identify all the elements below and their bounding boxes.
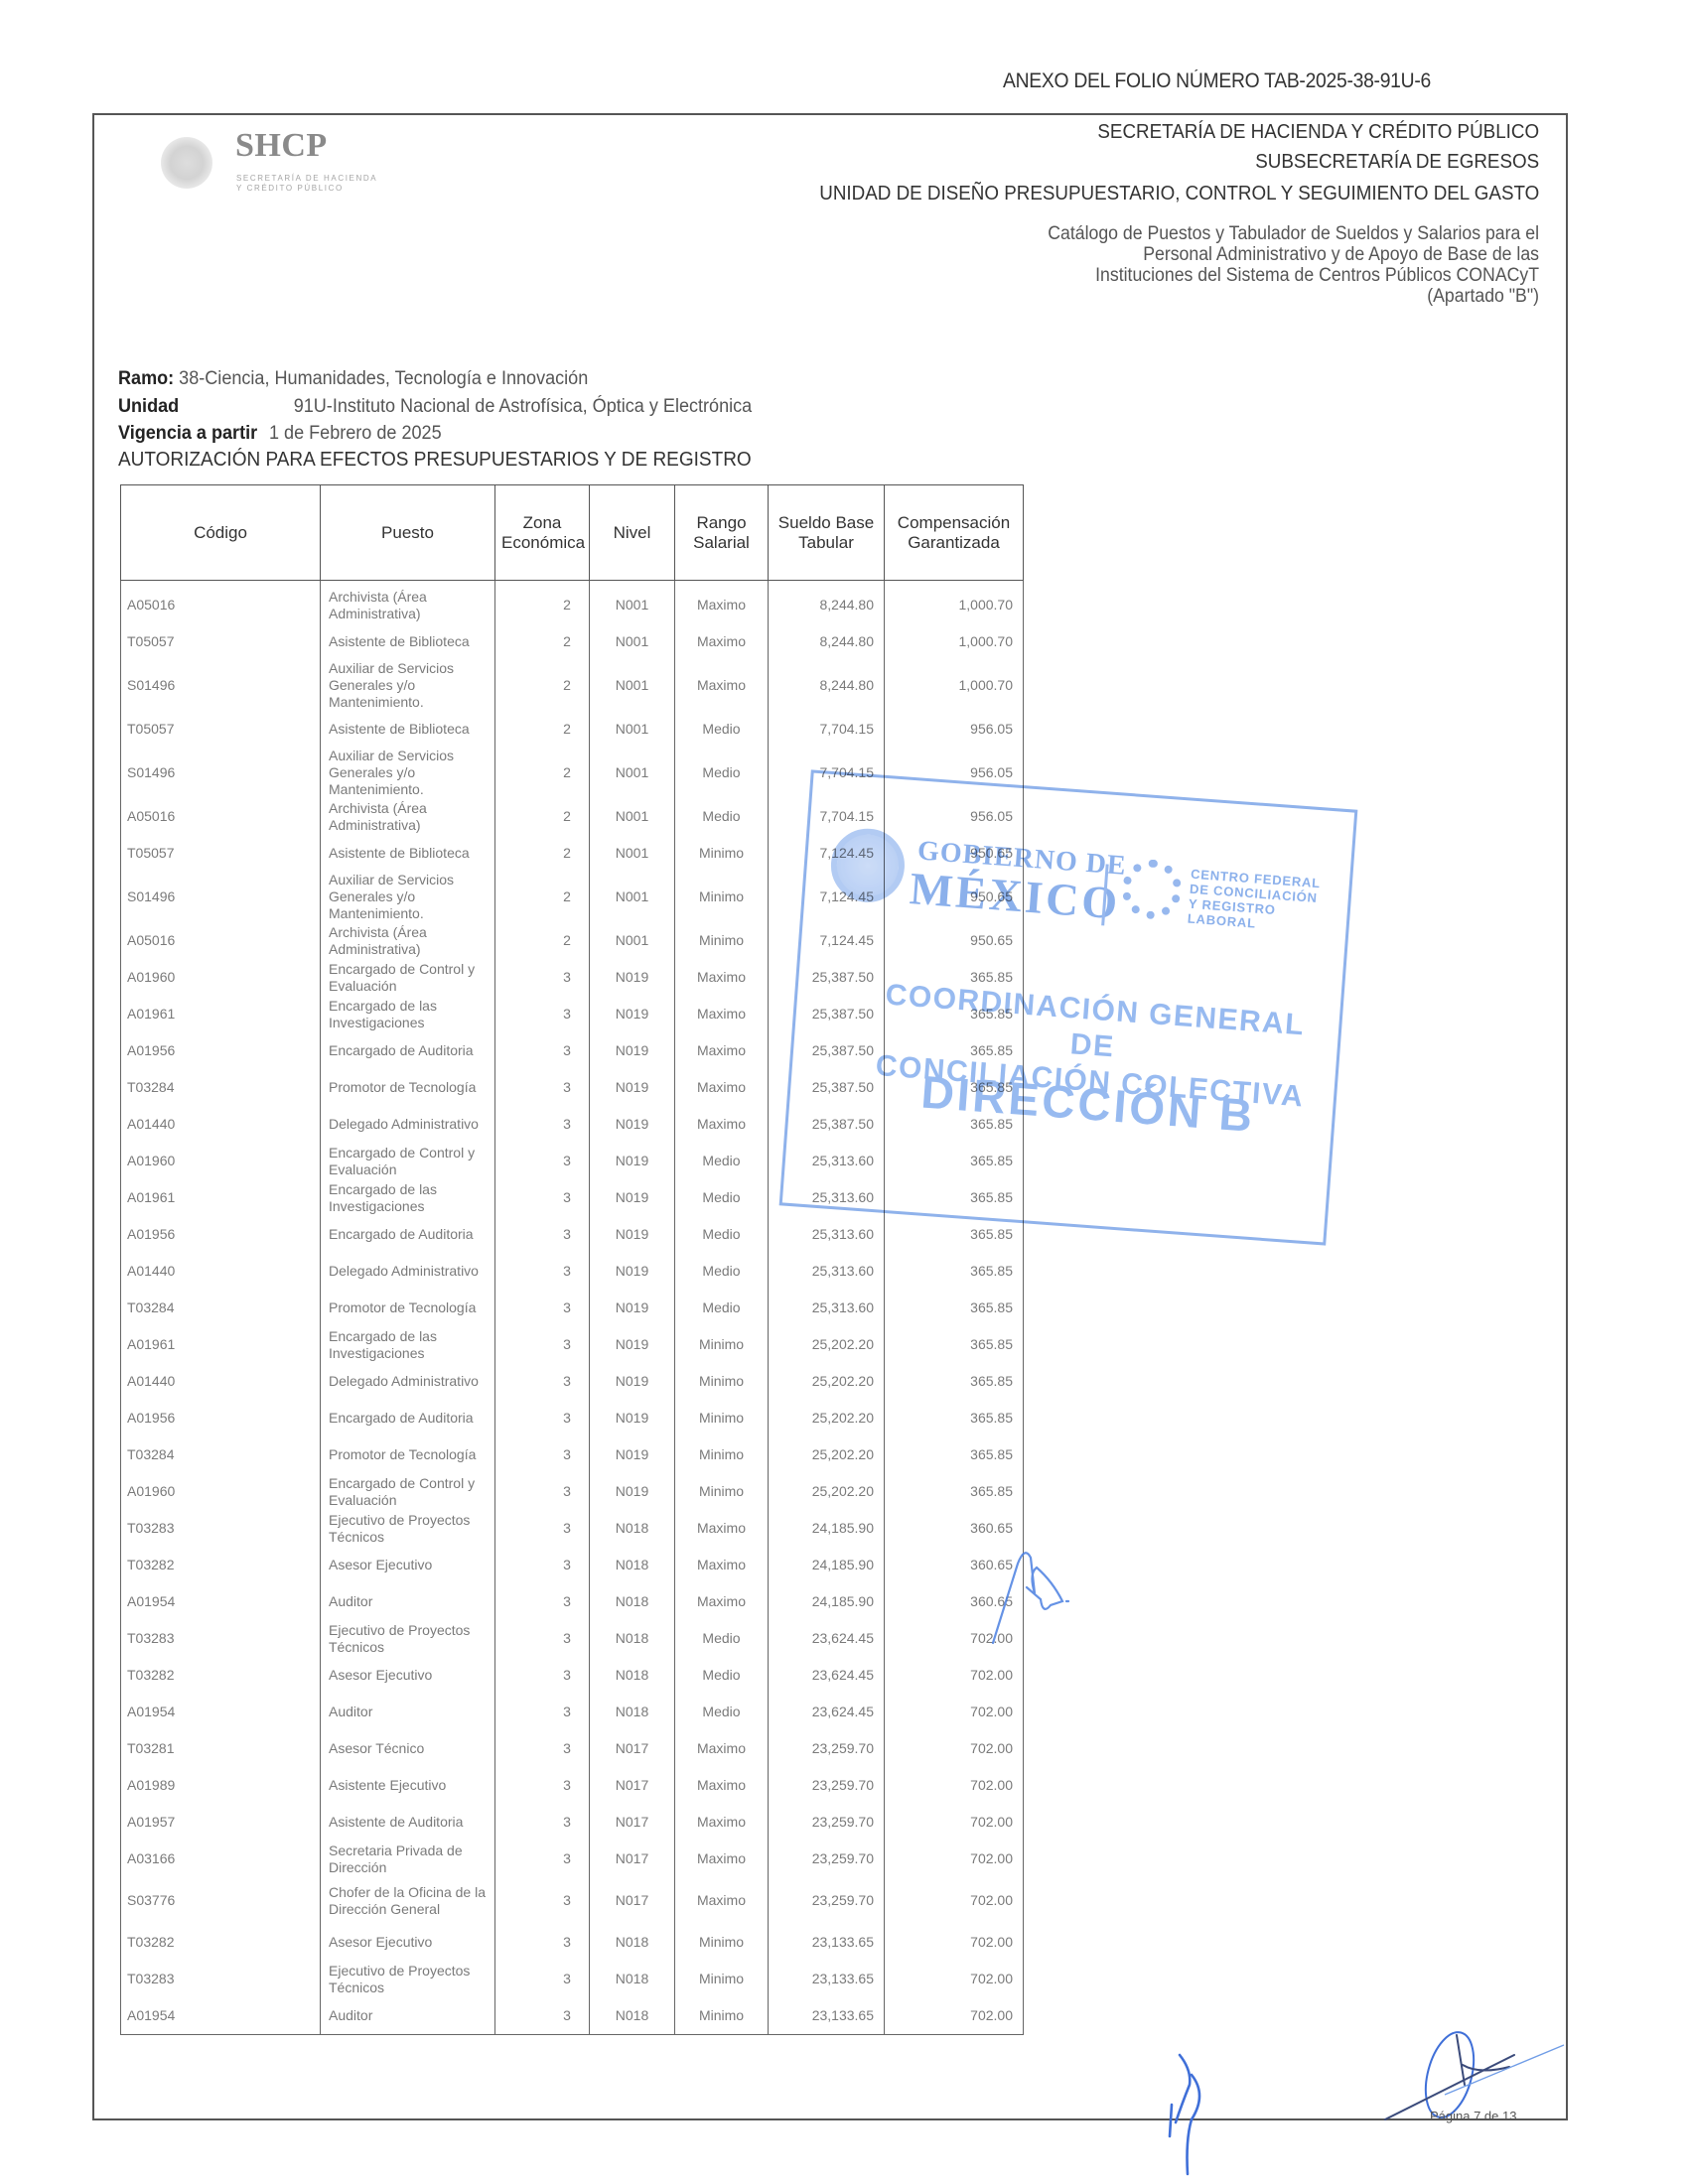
cell-codigo: A01961 bbox=[121, 996, 321, 1032]
folio-annex-number: ANEXO DEL FOLIO NÚMERO TAB-2025-38-91U-6 bbox=[1003, 69, 1431, 93]
cell-puesto: Encargado de las Investigaciones bbox=[321, 1179, 495, 1216]
unidad-label: Unidad bbox=[118, 396, 179, 417]
cell-zona: 3 bbox=[495, 1694, 590, 1730]
cell-rango: Minimo bbox=[675, 1436, 769, 1473]
cell-nivel: N001 bbox=[590, 835, 675, 872]
shcp-logo: SHCP SECRETARÍA DE HACIENDA Y CRÉDITO PÚ… bbox=[134, 127, 392, 206]
cell-compensacion: 365.85 bbox=[885, 1253, 1024, 1290]
cell-rango: Minimo bbox=[675, 835, 769, 872]
cell-zona: 3 bbox=[495, 1253, 590, 1290]
header-subsecretaria: SUBSECRETARÍA DE EGRESOS bbox=[1255, 151, 1539, 174]
catalog-line: (Apartado "B") bbox=[1048, 286, 1539, 307]
cell-zona: 2 bbox=[495, 623, 590, 660]
cell-codigo: A01960 bbox=[121, 1473, 321, 1510]
cell-codigo: A01956 bbox=[121, 1216, 321, 1253]
cell-compensacion: 702.00 bbox=[885, 1804, 1024, 1841]
table-row: T03281Asesor Técnico3N017Maximo23,259.70… bbox=[121, 1730, 1024, 1767]
mexico-coat-of-arms-icon bbox=[161, 137, 212, 189]
cell-codigo: T03284 bbox=[121, 1436, 321, 1473]
cell-zona: 3 bbox=[495, 1143, 590, 1179]
cell-rango: Minimo bbox=[675, 1363, 769, 1400]
cell-sueldo: 23,259.70 bbox=[769, 1730, 885, 1767]
cell-zona: 3 bbox=[495, 1547, 590, 1583]
cell-codigo: T05057 bbox=[121, 623, 321, 660]
initials-signature-icon bbox=[1162, 2045, 1221, 2184]
cell-codigo: A01989 bbox=[121, 1767, 321, 1804]
cell-zona: 3 bbox=[495, 1400, 590, 1436]
cell-codigo: T03283 bbox=[121, 1961, 321, 1997]
cell-codigo: S01496 bbox=[121, 872, 321, 922]
cell-zona: 2 bbox=[495, 835, 590, 872]
table-row: A03166Secretaria Privada de Dirección3N0… bbox=[121, 1841, 1024, 1877]
cell-codigo: A01957 bbox=[121, 1804, 321, 1841]
cell-rango: Maximo bbox=[675, 1841, 769, 1877]
logo-subtitle-line2: Y CRÉDITO PÚBLICO bbox=[236, 184, 344, 193]
cell-sueldo: 25,313.60 bbox=[769, 1216, 885, 1253]
cell-rango: Maximo bbox=[675, 623, 769, 660]
cell-nivel: N017 bbox=[590, 1877, 675, 1924]
cell-puesto: Asistente de Biblioteca bbox=[321, 623, 495, 660]
cfcrl-emblem-icon bbox=[1120, 858, 1184, 921]
cell-compensacion: 365.85 bbox=[885, 1363, 1024, 1400]
cell-nivel: N001 bbox=[590, 623, 675, 660]
ramo-value: 38-Ciencia, Humanidades, Tecnología e In… bbox=[179, 368, 588, 389]
catalog-line: Instituciones del Sistema de Centros Púb… bbox=[1048, 265, 1539, 286]
cell-zona: 3 bbox=[495, 1877, 590, 1924]
cell-puesto: Encargado de Auditoria bbox=[321, 1216, 495, 1253]
cell-sueldo: 25,202.20 bbox=[769, 1436, 885, 1473]
table-row: A01989Asistente Ejecutivo3N017Maximo23,2… bbox=[121, 1767, 1024, 1804]
cell-codigo: T03283 bbox=[121, 1510, 321, 1547]
cell-puesto: Encargado de Control y Evaluación bbox=[321, 1473, 495, 1510]
cell-nivel: N018 bbox=[590, 1510, 675, 1547]
cell-puesto: Asistente de Biblioteca bbox=[321, 835, 495, 872]
cell-nivel: N018 bbox=[590, 1961, 675, 1997]
col-codigo: Código bbox=[121, 485, 321, 581]
cell-rango: Maximo bbox=[675, 1069, 769, 1106]
cell-puesto: Encargado de Auditoria bbox=[321, 1032, 495, 1069]
cell-compensacion: 702.00 bbox=[885, 1961, 1024, 1997]
catalog-line: Personal Administrativo y de Apoyo de Ba… bbox=[1048, 244, 1539, 265]
cell-compensacion: 365.85 bbox=[885, 1326, 1024, 1363]
cell-sueldo: 23,259.70 bbox=[769, 1804, 885, 1841]
col-compensacion-label: Compensación Garantizada bbox=[898, 513, 1010, 552]
unidad-row: Unidad 91U-Instituto Nacional de Astrofí… bbox=[118, 396, 179, 418]
cell-zona: 2 bbox=[495, 660, 590, 711]
cell-nivel: N019 bbox=[590, 959, 675, 996]
cell-codigo: T03281 bbox=[121, 1730, 321, 1767]
cell-sueldo: 23,259.70 bbox=[769, 1841, 885, 1877]
unidad-value: 91U-Instituto Nacional de Astrofísica, Ó… bbox=[294, 396, 752, 418]
cell-rango: Maximo bbox=[675, 1583, 769, 1620]
cell-sueldo: 25,202.20 bbox=[769, 1400, 885, 1436]
cell-codigo: A01954 bbox=[121, 1694, 321, 1730]
table-row: T03283Ejecutivo de Proyectos Técnicos3N0… bbox=[121, 1620, 1024, 1657]
cell-rango: Medio bbox=[675, 1694, 769, 1730]
cell-sueldo: 25,202.20 bbox=[769, 1326, 885, 1363]
cell-zona: 3 bbox=[495, 1620, 590, 1657]
cell-nivel: N019 bbox=[590, 1473, 675, 1510]
cell-zona: 2 bbox=[495, 872, 590, 922]
cell-puesto: Auxiliar de Servicios Generales y/o Mant… bbox=[321, 660, 495, 711]
cell-codigo: A03166 bbox=[121, 1841, 321, 1877]
ramo-row: Ramo: 38-Ciencia, Humanidades, Tecnologí… bbox=[118, 368, 588, 390]
col-sueldo: Sueldo Base Tabular bbox=[769, 485, 885, 581]
cell-rango: Medio bbox=[675, 1216, 769, 1253]
catalog-line: Catálogo de Puestos y Tabulador de Sueld… bbox=[1048, 223, 1539, 244]
cell-puesto: Ejecutivo de Proyectos Técnicos bbox=[321, 1961, 495, 1997]
cell-compensacion: 702.00 bbox=[885, 1767, 1024, 1804]
cell-nivel: N019 bbox=[590, 1400, 675, 1436]
cell-rango: Maximo bbox=[675, 1804, 769, 1841]
cell-zona: 3 bbox=[495, 1583, 590, 1620]
cell-zona: 3 bbox=[495, 1767, 590, 1804]
cell-codigo: T03282 bbox=[121, 1547, 321, 1583]
col-zona-label: Zona Económica bbox=[501, 513, 585, 552]
cell-codigo: A01960 bbox=[121, 959, 321, 996]
cell-rango: Maximo bbox=[675, 660, 769, 711]
cell-puesto: Asistente de Biblioteca bbox=[321, 711, 495, 748]
cell-zona: 3 bbox=[495, 1924, 590, 1961]
cell-codigo: S01496 bbox=[121, 660, 321, 711]
cell-zona: 2 bbox=[495, 798, 590, 835]
official-stamp: GOBIERNO DE MÉXICO CENTRO FEDERAL DE CON… bbox=[779, 769, 1358, 1245]
cell-puesto: Ejecutivo de Proyectos Técnicos bbox=[321, 1510, 495, 1547]
cell-puesto: Auxiliar de Servicios Generales y/o Mant… bbox=[321, 748, 495, 798]
cell-sueldo: 23,624.45 bbox=[769, 1694, 885, 1730]
cell-rango: Minimo bbox=[675, 1924, 769, 1961]
table-row: T03283Ejecutivo de Proyectos Técnicos3N0… bbox=[121, 1961, 1024, 1997]
cell-nivel: N019 bbox=[590, 1106, 675, 1143]
cell-rango: Maximo bbox=[675, 1032, 769, 1069]
col-zona: Zona Económica bbox=[495, 485, 590, 581]
cell-sueldo: 25,313.60 bbox=[769, 1290, 885, 1326]
mexico-coat-of-arms-icon bbox=[828, 826, 907, 904]
cell-sueldo: 8,244.80 bbox=[769, 581, 885, 624]
cell-rango: Medio bbox=[675, 798, 769, 835]
table-row: T03284Promotor de Tecnología3N019Minimo2… bbox=[121, 1436, 1024, 1473]
cell-compensacion: 702.00 bbox=[885, 1694, 1024, 1730]
cell-rango: Medio bbox=[675, 1657, 769, 1694]
cell-puesto: Secretaria Privada de Dirección bbox=[321, 1841, 495, 1877]
cell-sueldo: 8,244.80 bbox=[769, 623, 885, 660]
cell-nivel: N019 bbox=[590, 1326, 675, 1363]
cell-codigo: A01440 bbox=[121, 1363, 321, 1400]
cell-zona: 3 bbox=[495, 1106, 590, 1143]
cell-puesto: Delegado Administrativo bbox=[321, 1106, 495, 1143]
salary-table: Código Puesto Zona Económica Nivel Rango… bbox=[120, 484, 1024, 2035]
cell-puesto: Archivista (Área Administrativa) bbox=[321, 922, 495, 959]
table-row: T03282Asesor Ejecutivo3N018Minimo23,133.… bbox=[121, 1924, 1024, 1961]
cell-rango: Medio bbox=[675, 1253, 769, 1290]
stamp-centro-federal: CENTRO FEDERAL DE CONCILIACIÓN Y REGISTR… bbox=[1187, 867, 1349, 938]
table-row: A01440Delegado Administrativo3N019Minimo… bbox=[121, 1363, 1024, 1400]
cell-zona: 3 bbox=[495, 1804, 590, 1841]
cell-codigo: A01440 bbox=[121, 1253, 321, 1290]
cell-nivel: N019 bbox=[590, 1069, 675, 1106]
cell-nivel: N019 bbox=[590, 1290, 675, 1326]
cell-compensacion: 1,000.70 bbox=[885, 581, 1024, 624]
cell-rango: Minimo bbox=[675, 1400, 769, 1436]
cell-sueldo: 7,704.15 bbox=[769, 711, 885, 748]
cell-rango: Minimo bbox=[675, 872, 769, 922]
cell-compensacion: 702.00 bbox=[885, 1924, 1024, 1961]
cell-sueldo: 23,133.65 bbox=[769, 1924, 885, 1961]
cell-zona: 3 bbox=[495, 1657, 590, 1694]
cell-sueldo: 24,185.90 bbox=[769, 1547, 885, 1583]
cell-codigo: S03776 bbox=[121, 1877, 321, 1924]
table-row: A05016Archivista (Área Administrativa)2N… bbox=[121, 581, 1024, 624]
cell-compensacion: 365.85 bbox=[885, 1473, 1024, 1510]
cell-puesto: Asesor Técnico bbox=[321, 1730, 495, 1767]
cell-puesto: Auxiliar de Servicios Generales y/o Mant… bbox=[321, 872, 495, 922]
cell-compensacion: 1,000.70 bbox=[885, 660, 1024, 711]
table-row: A01957Asistente de Auditoria3N017Maximo2… bbox=[121, 1804, 1024, 1841]
cell-codigo: T03282 bbox=[121, 1657, 321, 1694]
cell-codigo: A01440 bbox=[121, 1106, 321, 1143]
cell-codigo: A01956 bbox=[121, 1032, 321, 1069]
cell-compensacion: 702.00 bbox=[885, 1997, 1024, 2035]
cell-codigo: A01961 bbox=[121, 1179, 321, 1216]
cell-codigo: A05016 bbox=[121, 922, 321, 959]
header-unidad: UNIDAD DE DISEÑO PRESUPUESTARIO, CONTROL… bbox=[819, 183, 1539, 205]
table-row: S03776Chofer de la Oficina de la Direcci… bbox=[121, 1877, 1024, 1924]
cell-codigo: A01956 bbox=[121, 1400, 321, 1436]
cell-zona: 3 bbox=[495, 1961, 590, 1997]
cell-sueldo: 25,202.20 bbox=[769, 1363, 885, 1400]
cell-compensacion: 365.85 bbox=[885, 1400, 1024, 1436]
cell-rango: Minimo bbox=[675, 1326, 769, 1363]
col-sueldo-label: Sueldo Base Tabular bbox=[778, 513, 874, 552]
cell-sueldo: 25,313.60 bbox=[769, 1253, 885, 1290]
cell-rango: Maximo bbox=[675, 1510, 769, 1547]
table-row: A01956Encargado de Auditoria3N019Medio25… bbox=[121, 1216, 1024, 1253]
cell-rango: Medio bbox=[675, 748, 769, 798]
cell-nivel: N017 bbox=[590, 1841, 675, 1877]
cell-puesto: Delegado Administrativo bbox=[321, 1253, 495, 1290]
cell-nivel: N018 bbox=[590, 1997, 675, 2035]
cell-compensacion: 702.00 bbox=[885, 1841, 1024, 1877]
cell-puesto: Ejecutivo de Proyectos Técnicos bbox=[321, 1620, 495, 1657]
cell-sueldo: 23,259.70 bbox=[769, 1877, 885, 1924]
cell-compensacion: 360.65 bbox=[885, 1510, 1024, 1547]
cell-nivel: N019 bbox=[590, 1216, 675, 1253]
page-number: Página 7 de 13 bbox=[1430, 2109, 1516, 2123]
cell-nivel: N018 bbox=[590, 1620, 675, 1657]
cell-puesto: Archivista (Área Administrativa) bbox=[321, 798, 495, 835]
cell-zona: 3 bbox=[495, 1363, 590, 1400]
cell-sueldo: 23,259.70 bbox=[769, 1767, 885, 1804]
cell-nivel: N019 bbox=[590, 1179, 675, 1216]
logo-subtitle-line1: SECRETARÍA DE HACIENDA bbox=[236, 174, 377, 183]
col-compensacion: Compensación Garantizada bbox=[885, 485, 1024, 581]
cell-nivel: N019 bbox=[590, 1363, 675, 1400]
cell-rango: Medio bbox=[675, 1143, 769, 1179]
cell-zona: 3 bbox=[495, 1290, 590, 1326]
cell-sueldo: 23,624.45 bbox=[769, 1657, 885, 1694]
cell-rango: Maximo bbox=[675, 1547, 769, 1583]
cell-zona: 3 bbox=[495, 1997, 590, 2035]
cell-nivel: N001 bbox=[590, 660, 675, 711]
cell-sueldo: 24,185.90 bbox=[769, 1583, 885, 1620]
vigencia-value: 1 de Febrero de 2025 bbox=[269, 423, 442, 445]
cell-sueldo: 8,244.80 bbox=[769, 660, 885, 711]
cell-nivel: N001 bbox=[590, 922, 675, 959]
cell-zona: 2 bbox=[495, 748, 590, 798]
cell-puesto: Asesor Ejecutivo bbox=[321, 1547, 495, 1583]
table-row: A01954Auditor3N018Minimo23,133.65702.00 bbox=[121, 1997, 1024, 2035]
table-row: T03282Asesor Ejecutivo3N018Maximo24,185.… bbox=[121, 1547, 1024, 1583]
cell-rango: Maximo bbox=[675, 1730, 769, 1767]
cell-codigo: T03282 bbox=[121, 1924, 321, 1961]
cell-nivel: N001 bbox=[590, 581, 675, 624]
cell-zona: 3 bbox=[495, 1473, 590, 1510]
cell-codigo: T03284 bbox=[121, 1069, 321, 1106]
cell-rango: Minimo bbox=[675, 1997, 769, 2035]
cell-puesto: Encargado de las Investigaciones bbox=[321, 1326, 495, 1363]
cell-nivel: N001 bbox=[590, 798, 675, 835]
cell-rango: Minimo bbox=[675, 1961, 769, 1997]
cell-rango: Minimo bbox=[675, 922, 769, 959]
cell-rango: Medio bbox=[675, 711, 769, 748]
cell-puesto: Asistente Ejecutivo bbox=[321, 1767, 495, 1804]
cell-codigo: A01960 bbox=[121, 1143, 321, 1179]
cell-nivel: N019 bbox=[590, 1436, 675, 1473]
cell-puesto: Auditor bbox=[321, 1997, 495, 2035]
cell-nivel: N019 bbox=[590, 1143, 675, 1179]
cell-puesto: Promotor de Tecnología bbox=[321, 1436, 495, 1473]
cell-rango: Medio bbox=[675, 1620, 769, 1657]
col-nivel: Nivel bbox=[590, 485, 675, 581]
cell-codigo: A05016 bbox=[121, 581, 321, 624]
cell-codigo: S01496 bbox=[121, 748, 321, 798]
table-row: S01496Auxiliar de Servicios Generales y/… bbox=[121, 660, 1024, 711]
cell-compensacion: 702.00 bbox=[885, 1877, 1024, 1924]
cell-zona: 3 bbox=[495, 1216, 590, 1253]
cell-puesto: Delegado Administrativo bbox=[321, 1363, 495, 1400]
table-row: A01954Auditor3N018Maximo24,185.90360.65 bbox=[121, 1583, 1024, 1620]
header-secretaria: SECRETARÍA DE HACIENDA Y CRÉDITO PÚBLICO bbox=[1097, 121, 1539, 144]
cell-nivel: N018 bbox=[590, 1924, 675, 1961]
cell-puesto: Encargado de Control y Evaluación bbox=[321, 959, 495, 996]
col-puesto: Puesto bbox=[321, 485, 495, 581]
cell-compensacion: 702.00 bbox=[885, 1657, 1024, 1694]
cell-codigo: A05016 bbox=[121, 798, 321, 835]
table-row: T03284Promotor de Tecnología3N019Medio25… bbox=[121, 1290, 1024, 1326]
vigencia-row: Vigencia a partir 1 de Febrero de 2025 bbox=[118, 423, 257, 445]
cell-zona: 3 bbox=[495, 1436, 590, 1473]
cell-sueldo: 23,133.65 bbox=[769, 1961, 885, 1997]
cell-puesto: Asesor Ejecutivo bbox=[321, 1924, 495, 1961]
cell-sueldo: 24,185.90 bbox=[769, 1510, 885, 1547]
cell-zona: 3 bbox=[495, 1730, 590, 1767]
cell-puesto: Auditor bbox=[321, 1694, 495, 1730]
cell-zona: 3 bbox=[495, 1032, 590, 1069]
cell-zona: 2 bbox=[495, 922, 590, 959]
cell-compensacion: 365.85 bbox=[885, 1290, 1024, 1326]
cell-sueldo: 25,202.20 bbox=[769, 1473, 885, 1510]
cell-zona: 3 bbox=[495, 996, 590, 1032]
cell-puesto: Asesor Ejecutivo bbox=[321, 1657, 495, 1694]
cell-puesto: Promotor de Tecnología bbox=[321, 1069, 495, 1106]
table-row: A01960Encargado de Control y Evaluación3… bbox=[121, 1473, 1024, 1510]
cell-sueldo: 23,133.65 bbox=[769, 1997, 885, 2035]
cell-zona: 3 bbox=[495, 1326, 590, 1363]
ramo-label: Ramo: bbox=[118, 368, 174, 389]
col-rango-label: Rango Salarial bbox=[693, 513, 750, 552]
cell-zona: 2 bbox=[495, 711, 590, 748]
table-row: A01956Encargado de Auditoria3N019Minimo2… bbox=[121, 1400, 1024, 1436]
authorization-title: AUTORIZACIÓN PARA EFECTOS PRESUPUESTARIO… bbox=[118, 449, 752, 472]
cell-nivel: N018 bbox=[590, 1657, 675, 1694]
cell-puesto: Auditor bbox=[321, 1583, 495, 1620]
cell-nivel: N017 bbox=[590, 1730, 675, 1767]
cell-nivel: N018 bbox=[590, 1547, 675, 1583]
cell-nivel: N001 bbox=[590, 711, 675, 748]
cell-nivel: N018 bbox=[590, 1694, 675, 1730]
cell-rango: Maximo bbox=[675, 1767, 769, 1804]
cell-rango: Maximo bbox=[675, 1877, 769, 1924]
cell-rango: Medio bbox=[675, 1290, 769, 1326]
table-row: A01440Delegado Administrativo3N019Medio2… bbox=[121, 1253, 1024, 1290]
cell-rango: Minimo bbox=[675, 1473, 769, 1510]
cell-codigo: T05057 bbox=[121, 835, 321, 872]
table-header-row: Código Puesto Zona Económica Nivel Rango… bbox=[121, 485, 1024, 581]
col-rango: Rango Salarial bbox=[675, 485, 769, 581]
cell-rango: Maximo bbox=[675, 1106, 769, 1143]
cell-zona: 3 bbox=[495, 959, 590, 996]
table-row: A01961Encargado de las Investigaciones3N… bbox=[121, 1326, 1024, 1363]
initials-signature-icon bbox=[1003, 1544, 1092, 1643]
cell-puesto: Asistente de Auditoria bbox=[321, 1804, 495, 1841]
cell-puesto: Encargado de Control y Evaluación bbox=[321, 1143, 495, 1179]
cell-puesto: Archivista (Área Administrativa) bbox=[321, 581, 495, 624]
cell-rango: Maximo bbox=[675, 581, 769, 624]
cell-compensacion: 702.00 bbox=[885, 1730, 1024, 1767]
cell-sueldo: 23,624.45 bbox=[769, 1620, 885, 1657]
cell-compensacion: 365.85 bbox=[885, 1436, 1024, 1473]
table-row: T03282Asesor Ejecutivo3N018Medio23,624.4… bbox=[121, 1657, 1024, 1694]
cell-codigo: T03284 bbox=[121, 1290, 321, 1326]
cell-puesto: Promotor de Tecnología bbox=[321, 1290, 495, 1326]
cell-rango: Maximo bbox=[675, 959, 769, 996]
cell-puesto: Encargado de las Investigaciones bbox=[321, 996, 495, 1032]
cell-puesto: Encargado de Auditoria bbox=[321, 1400, 495, 1436]
cell-zona: 3 bbox=[495, 1069, 590, 1106]
table-row: T05057Asistente de Biblioteca2N001Maximo… bbox=[121, 623, 1024, 660]
cell-nivel: N001 bbox=[590, 748, 675, 798]
cell-zona: 3 bbox=[495, 1841, 590, 1877]
cell-nivel: N019 bbox=[590, 996, 675, 1032]
cell-zona: 3 bbox=[495, 1510, 590, 1547]
cell-zona: 3 bbox=[495, 1179, 590, 1216]
cell-zona: 2 bbox=[495, 581, 590, 624]
cell-nivel: N018 bbox=[590, 1583, 675, 1620]
cell-puesto: Chofer de la Oficina de la Dirección Gen… bbox=[321, 1877, 495, 1924]
cell-nivel: N019 bbox=[590, 1032, 675, 1069]
catalog-description: Catálogo de Puestos y Tabulador de Sueld… bbox=[1048, 223, 1539, 307]
cell-codigo: T05057 bbox=[121, 711, 321, 748]
table-row: A01954Auditor3N018Medio23,624.45702.00 bbox=[121, 1694, 1024, 1730]
cell-nivel: N017 bbox=[590, 1804, 675, 1841]
cell-rango: Maximo bbox=[675, 996, 769, 1032]
table-row: T03283Ejecutivo de Proyectos Técnicos3N0… bbox=[121, 1510, 1024, 1547]
vigencia-label: Vigencia a partir bbox=[118, 423, 257, 444]
cell-codigo: A01961 bbox=[121, 1326, 321, 1363]
cell-rango: Medio bbox=[675, 1179, 769, 1216]
cell-nivel: N001 bbox=[590, 872, 675, 922]
cell-codigo: T03283 bbox=[121, 1620, 321, 1657]
